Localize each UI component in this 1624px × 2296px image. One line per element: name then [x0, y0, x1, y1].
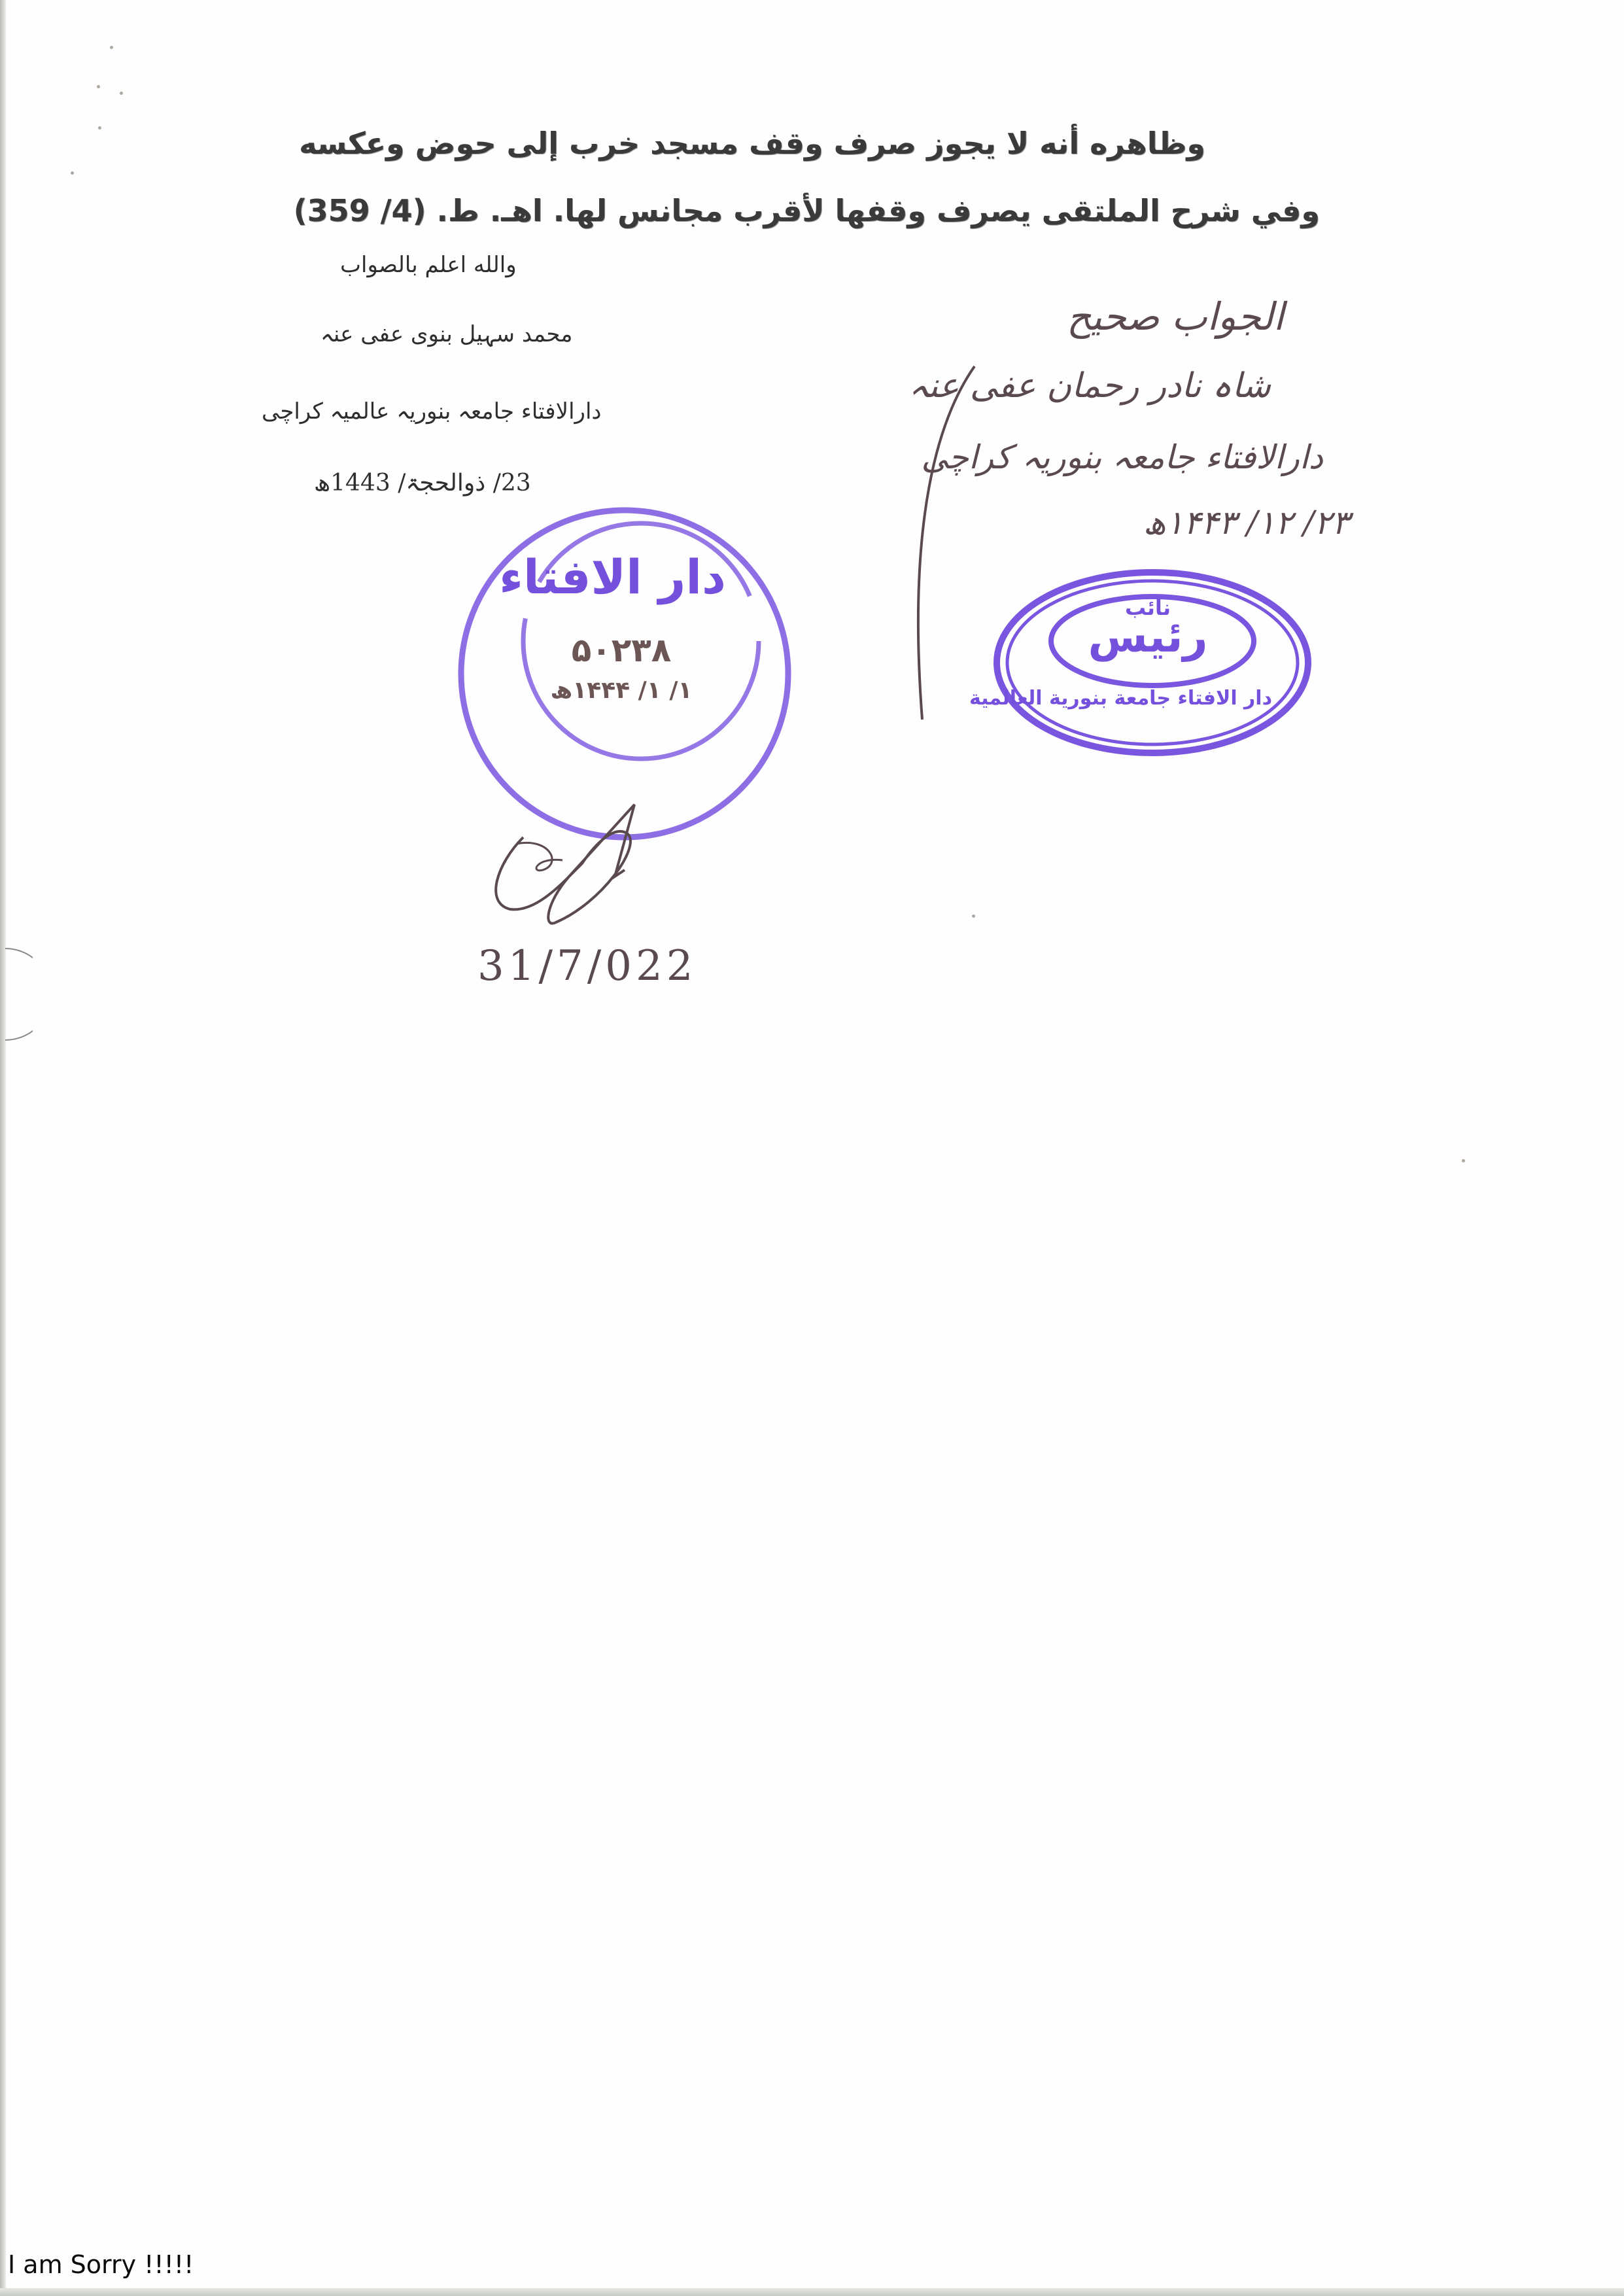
- handwritten-endorsement-date: ۲۳/ ۱۲/ ۱۴۴۳ھ: [1143, 504, 1349, 542]
- footer-note: I am Sorry !!!!!: [8, 2250, 194, 2279]
- oval-naib-rais-stamp: نائب رئیس دار الافتاء جامعة بنورية العال…: [991, 566, 1315, 759]
- handwritten-flourish-stroke: [903, 353, 994, 733]
- institution-name: دارالافتاء جامعہ بنوریہ عالمیہ کراچی: [262, 398, 602, 425]
- scan-speck: [98, 126, 101, 130]
- scan-speck: [972, 914, 975, 918]
- round-stamp-date: ۱/ ۱/ ۱۴۴۴ھ: [536, 677, 706, 704]
- scan-speck: [1462, 1159, 1465, 1162]
- scan-speck: [110, 46, 113, 49]
- closing-phrase: والله اعلم بالصواب: [340, 252, 517, 278]
- scan-left-edge: [0, 0, 6, 2296]
- scan-speck: [97, 85, 100, 88]
- handwritten-gregorian-date: 31/7/022: [477, 942, 697, 990]
- scan-speck: [120, 92, 123, 95]
- mufti-name: محمد سہیل بنوی عفی عنہ: [320, 321, 573, 347]
- handwritten-verdict: الجواب صحیح: [1067, 294, 1284, 339]
- fatwa-body-line-1: وظاهره أنه لا يجوز صرف وقف مسجد خرب إلى …: [299, 126, 1205, 161]
- hijri-date: 23/ ذوالحجۃ/ 1443ھ: [314, 470, 531, 496]
- hole-punch-mark: [0, 935, 33, 1053]
- oval-stamp-role: رئیس: [1069, 612, 1226, 662]
- round-stamp-title: دار الافتاء: [530, 549, 726, 604]
- fatwa-body-line-2: وفي شرح الملتقى يصرف وقفها لأقرب مجانس ل…: [294, 193, 1320, 228]
- round-stamp-number: ۵۰۲۳۸: [536, 631, 706, 669]
- oval-stamp-ring-text: دار الافتاء جامعة بنورية العالمية: [1037, 687, 1272, 710]
- scan-bottom-edge: [0, 2288, 1624, 2296]
- scan-speck: [71, 171, 74, 175]
- handwritten-signature: [484, 798, 693, 942]
